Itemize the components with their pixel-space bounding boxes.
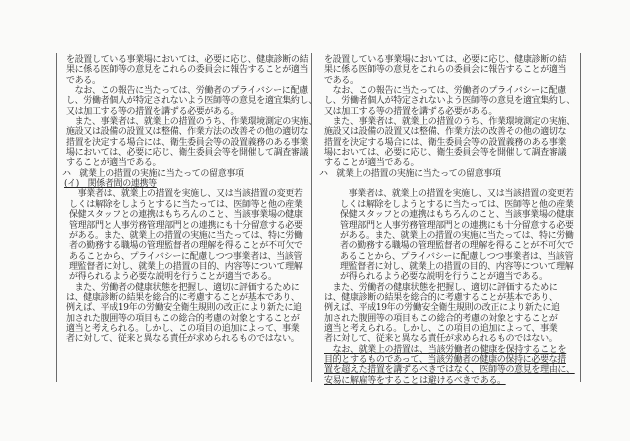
text-line: がある。また、就業上の措置の実施に当たっては、特に労働 [56,231,311,241]
text-line: である。 [56,76,311,86]
text-line: また、労働者の健康状態を把握し、適切に評価するために [311,283,580,293]
text-line: 施設又は設備の設置又は整備、作業方法の改善その他の適切な [56,127,311,137]
text-line: 者の勤務する職場の管理監督者の理解を得ることが不可欠で [311,241,580,251]
text-line: 例えば、平成19年の労働安全衛生規則の改正により新たに追 [56,303,311,313]
text-line: 置を超えた措置を講ずるべきではなく、医師等の意見を理由に、 [311,365,580,375]
text-line: しくは解除をしようとするに当たっては、医師等と他の産業 [311,200,580,210]
text-line: 理監督者に対し、就業上の措置の目的、内容等について理解 [311,262,580,272]
text-line: し、労働者個人が特定されないよう医師等の意見を適宜集約し、 [311,96,580,106]
text-line: 措置を決定する場合には、衛生委員会等の設置義務のある事業 [56,138,311,148]
text-line: 保健スタッフとの連携はもちろんのこと、当該事業場の健康 [311,210,580,220]
text-line: がある。また、就業上の措置の実施に当たっては、特に労働 [311,231,580,241]
text-line: し、労働者個人が特定されないよう医師等の意見を適宜集約し、 [56,96,311,106]
text-line: 場においては、必要に応じ、衛生委員会等を開催して調査審議 [311,148,580,158]
text-line: である。 [311,76,580,86]
text-line: は、健康診断の結果を総合的に考慮することが基本であり、 [311,293,580,303]
text-line: 者に対して、従来と異なる責任が求められるものではない。 [311,334,580,344]
right-text-column: を設置している事業場においては、必要に応じ、健康診断の結果に係る医師等の意見をこ… [311,55,580,386]
text-line: 加された腹囲等の項目もこの総合的考慮の対象とすることが [311,314,580,324]
text-line: 果に係る医師等の意見をこれらの委員会に報告することが適当 [311,65,580,75]
text-line: 事業者は、就業上の措置を実施し、又は当該措置の変更若 [56,189,311,199]
text-line: 事業者は、就業上の措置を実施し、又は当該措置の変更若 [311,189,580,199]
blank-line [311,179,580,189]
text-line: を設置している事業場においては、必要に応じ、健康診断の結 [311,55,580,65]
text-line: ハ 就業上の措置の実施に当たっての留意事項 [311,169,580,179]
text-line: また、事業者は、就業上の措置のうち、作業環境測定の実施、 [311,117,580,127]
text-line: 施設又は設備の設置又は整備、作業方法の改善その他の適切な [311,127,580,137]
text-line: が得られるよう必要な説明を行うことが適当である。 [311,272,580,282]
text-line: また、事業者は、就業上の措置のうち、作業環境測定の実施、 [56,117,311,127]
text-line: 果に係る医師等の意見をこれらの委員会に報告することが適当 [56,65,311,75]
text-line: (イ) 関係者間の連携等 [56,179,311,189]
text-line: また、労働者の健康状態を把握し、適切に評価するために [56,283,311,293]
text-line: なお、この報告に当たっては、労働者のプライバシーに配慮 [56,86,311,96]
text-line: あることから、プライバシーに配慮しつつ事業者は、当該管 [311,252,580,262]
text-line: は、健康診断の結果を総合的に考慮することが基本であり、 [56,293,311,303]
text-line: しくは解除をしようとするに当たっては、医師等と他の産業 [56,200,311,210]
text-line: 理監督者に対し、就業上の措置の目的、内容等について理解 [56,262,311,272]
text-line: 又は加工する等の措置を講ずる必要がある。 [56,107,311,117]
text-line: 者に対して、従来と異なる責任が求められるものではない。 [56,334,311,344]
text-line: 保健スタッフとの連携はもちろんのこと、当該事業場の健康 [56,210,311,220]
text-line: 安易に解雇等をすることは避けるべきである。 [311,376,580,386]
text-line: 適当と考えられる。しかし、この項目の追加によって、事業 [56,324,311,334]
text-line: 者の勤務する職場の管理監督者の理解を得ることが不可欠で [56,241,311,251]
left-text-column: を設置している事業場においては、必要に応じ、健康診断の結果に係る医師等の意見をこ… [56,55,311,345]
text-line: 場においては、必要に応じ、衛生委員会等を開催して調査審議 [56,148,311,158]
text-line: あることから、プライバシーに配慮しつつ事業者は、当該管 [56,252,311,262]
text-line: することが適当である。 [311,158,580,168]
text-line: 加された腹囲等の項目もこの総合的考慮の対象とすることが [56,314,311,324]
document-page: を設置している事業場においては、必要に応じ、健康診断の結果に係る医師等の意見をこ… [0,0,630,441]
text-line: 管理部門と人事労務管理部門との連携にも十分留意する必要 [56,221,311,231]
table-rule-right [580,53,581,382]
text-line: なお、就業上の措置は、当該労働者の健康を保持することを [311,345,580,355]
text-line: なお、この報告に当たっては、労働者のプライバシーに配慮 [311,86,580,96]
text-line: 措置を決定する場合には、衛生委員会等の設置義務のある事業 [311,138,580,148]
text-line: 例えば、平成19年の労働安全衛生規則の改正により新たに追 [311,303,580,313]
text-line: 適当と考えられる。しかし、この項目の追加によって、事業 [311,324,580,334]
text-line: ハ 就業上の措置の実施に当たっての留意事項 [56,169,311,179]
text-line: を設置している事業場においては、必要に応じ、健康診断の結 [56,55,311,65]
text-line: することが適当である。 [56,158,311,168]
text-line: が得られるよう必要な説明を行うことが適当である。 [56,272,311,282]
text-line: 管理部門と人事労務管理部門との連携にも十分留意する必要 [311,221,580,231]
text-line: 又は加工する等の措置を講ずる必要がある。 [311,107,580,117]
text-line: 目的とするものであって、当該労働者の健康の保持に必要な措 [311,355,580,365]
